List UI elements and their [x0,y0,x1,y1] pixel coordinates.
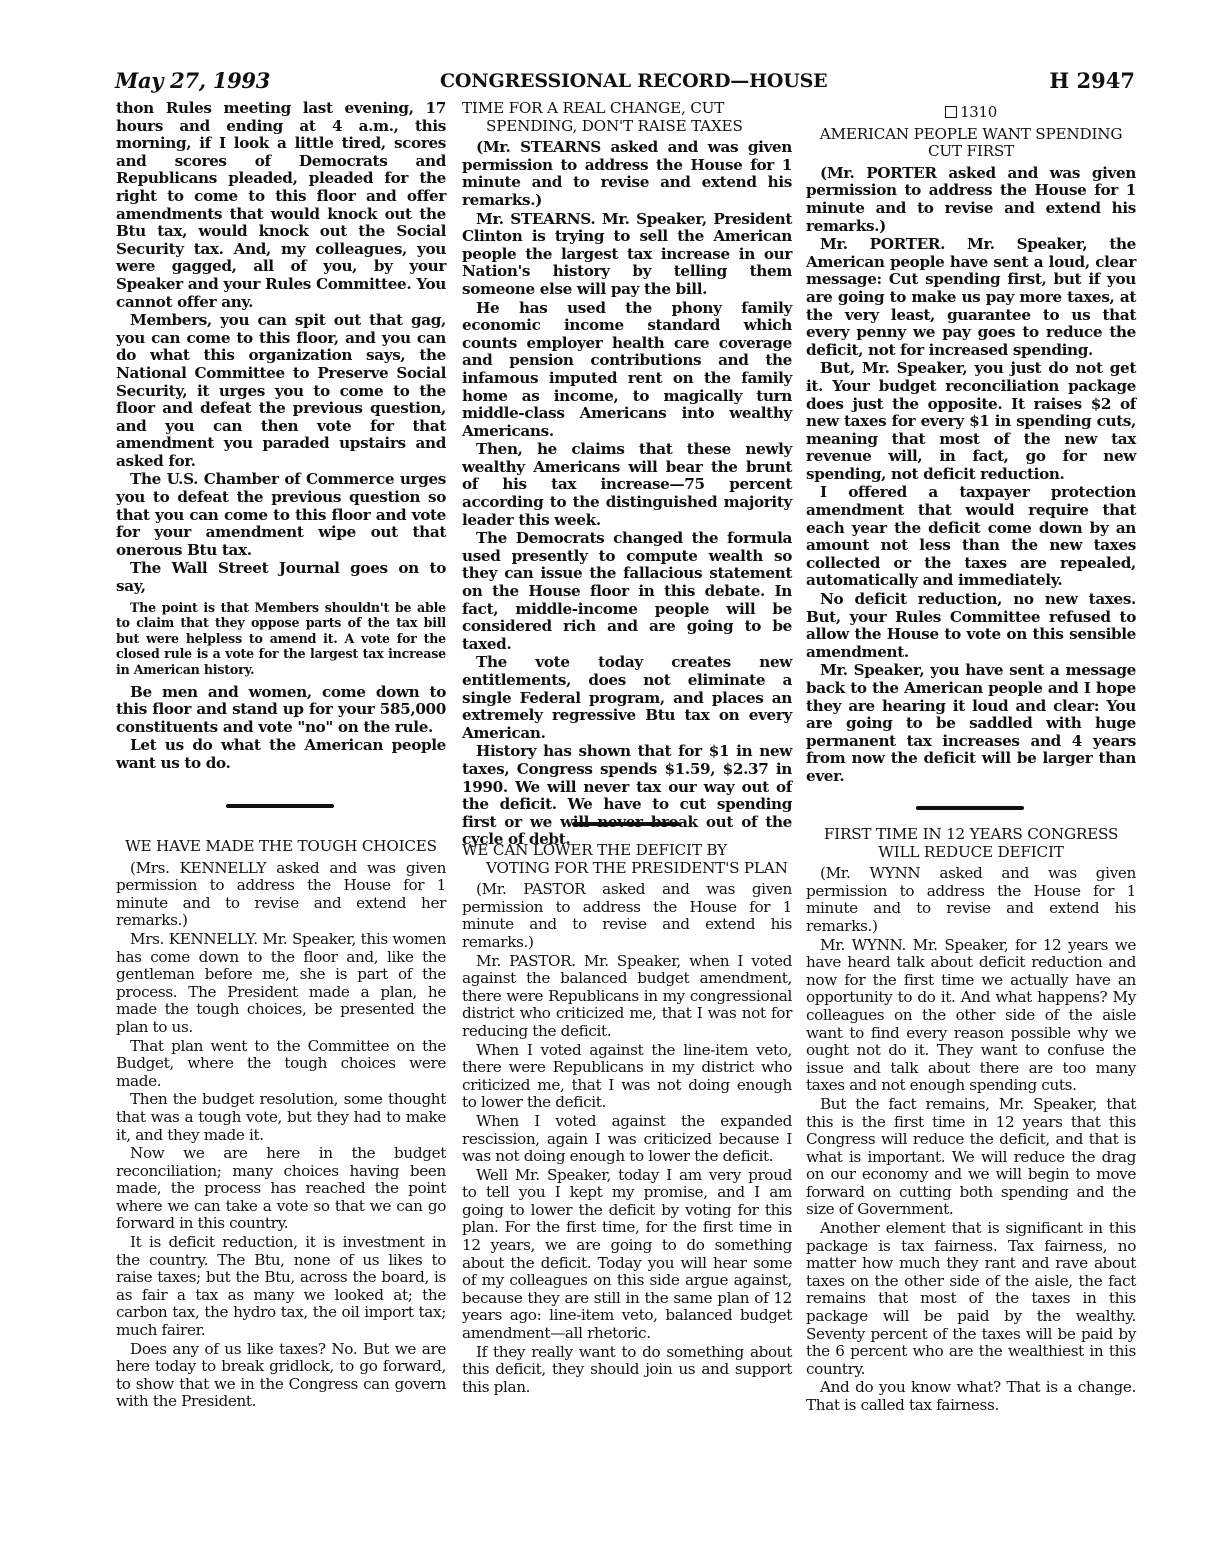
paragraph: Another element that is significant in t… [806,1220,1136,1378]
section-headline: TIME FOR A REAL CHANGE, CUT SPENDING, DO… [462,100,792,135]
section-divider [916,806,1024,810]
paragraph: It is deficit reduction, it is investmen… [116,1234,446,1340]
section-stearns: TIME FOR A REAL CHANGE, CUT SPENDING, DO… [462,100,792,850]
paragraph: thon Rules meeting last evening, 17 hour… [116,100,446,311]
column-1-continuation: thon Rules meeting last evening, 17 hour… [116,100,446,774]
section-kennelly: WE HAVE MADE THE TOUGH CHOICES (Mrs. KEN… [116,838,446,1412]
paragraph: The U.S. Chamber of Commerce urges you t… [116,471,446,559]
section-pastor: WE CAN LOWER THE DEFICIT BY VOTING FOR T… [462,842,792,1397]
square-bullet-icon [945,106,957,118]
paragraph: The vote today creates new entitlements,… [462,654,792,742]
section-divider [572,822,680,826]
paragraph: If they really want to do something abou… [462,1344,792,1397]
paragraph: Does any of us like taxes? No. But we ar… [116,1341,446,1411]
paragraph: Well Mr. Speaker, today I am very proud … [462,1167,792,1343]
section-headline: WE HAVE MADE THE TOUGH CHOICES [116,838,446,856]
paragraph: Mr. WYNN. Mr. Speaker, for 12 years we h… [806,937,1136,1095]
publication-title: CONGRESSIONAL RECORD—HOUSE [440,70,827,92]
section-headline: WE CAN LOWER THE DEFICIT BY VOTING FOR T… [462,842,792,877]
paragraph: Mr. STEARNS. Mr. Speaker, President Clin… [462,211,792,299]
section-headline: AMERICAN PEOPLE WANT SPENDING CUT FIRST [806,126,1136,161]
paragraph: The Democrats changed the formula used p… [462,530,792,653]
paragraph: Now we are here in the budget reconcilia… [116,1145,446,1233]
section-porter: 1310 AMERICAN PEOPLE WANT SPENDING CUT F… [806,104,1136,787]
paragraph: And do you know what? That is a change. … [806,1379,1136,1414]
section-intro: (Mr. PASTOR asked and was given permissi… [462,881,792,951]
paragraph: Let us do what the American people want … [116,737,446,772]
section-intro: (Mr. WYNN asked and was given permission… [806,865,1136,935]
paragraph: When I voted against the expanded rescis… [462,1113,792,1166]
paragraph: No deficit reduction, no new taxes. But,… [806,591,1136,661]
section-intro: (Mrs. KENNELLY asked and was given permi… [116,860,446,930]
section-wynn: FIRST TIME IN 12 YEARS CONGRESS WILL RED… [806,826,1136,1416]
paragraph: But the fact remains, Mr. Speaker, that … [806,1096,1136,1219]
paragraph: Mrs. KENNELLY. Mr. Speaker, this women h… [116,931,446,1037]
section-divider [226,804,334,808]
time-marker: 1310 [806,104,1136,122]
section-headline: FIRST TIME IN 12 YEARS CONGRESS WILL RED… [806,826,1136,861]
paragraph: The Wall Street Journal goes on to say, [116,560,446,595]
paragraph: That plan went to the Committee on the B… [116,1038,446,1091]
paragraph: Then, he claims that these newly wealthy… [462,441,792,529]
paragraph: Members, you can spit out that gag, you … [116,312,446,470]
time-marker-text: 1310 [960,103,997,121]
paragraph: I offered a taxpayer protection amendmen… [806,484,1136,590]
paragraph: Mr. PASTOR. Mr. Speaker, when I voted ag… [462,953,792,1041]
paragraph: Then the budget resolution, some thought… [116,1091,446,1144]
paragraph: Be men and women, come down to this floo… [116,684,446,737]
section-intro: (Mr. PORTER asked and was given permissi… [806,165,1136,235]
page-number: H 2947 [1049,68,1135,93]
paragraph: Mr. PORTER. Mr. Speaker, the American pe… [806,236,1136,359]
paragraph: But, Mr. Speaker, you just do not get it… [806,360,1136,483]
paragraph: He has used the phony family economic in… [462,300,792,441]
issue-date: May 27, 1993 [115,68,270,93]
section-intro: (Mr. STEARNS asked and was given permiss… [462,139,792,209]
block-quote: The point is that Members shouldn't be a… [116,600,446,678]
paragraph: History has shown that for $1 in new tax… [462,743,792,849]
page-header: May 27, 1993 CONGRESSIONAL RECORD—HOUSE … [115,68,1135,98]
paragraph: Mr. Speaker, you have sent a message bac… [806,662,1136,785]
paragraph: When I voted against the line-item veto,… [462,1042,792,1112]
